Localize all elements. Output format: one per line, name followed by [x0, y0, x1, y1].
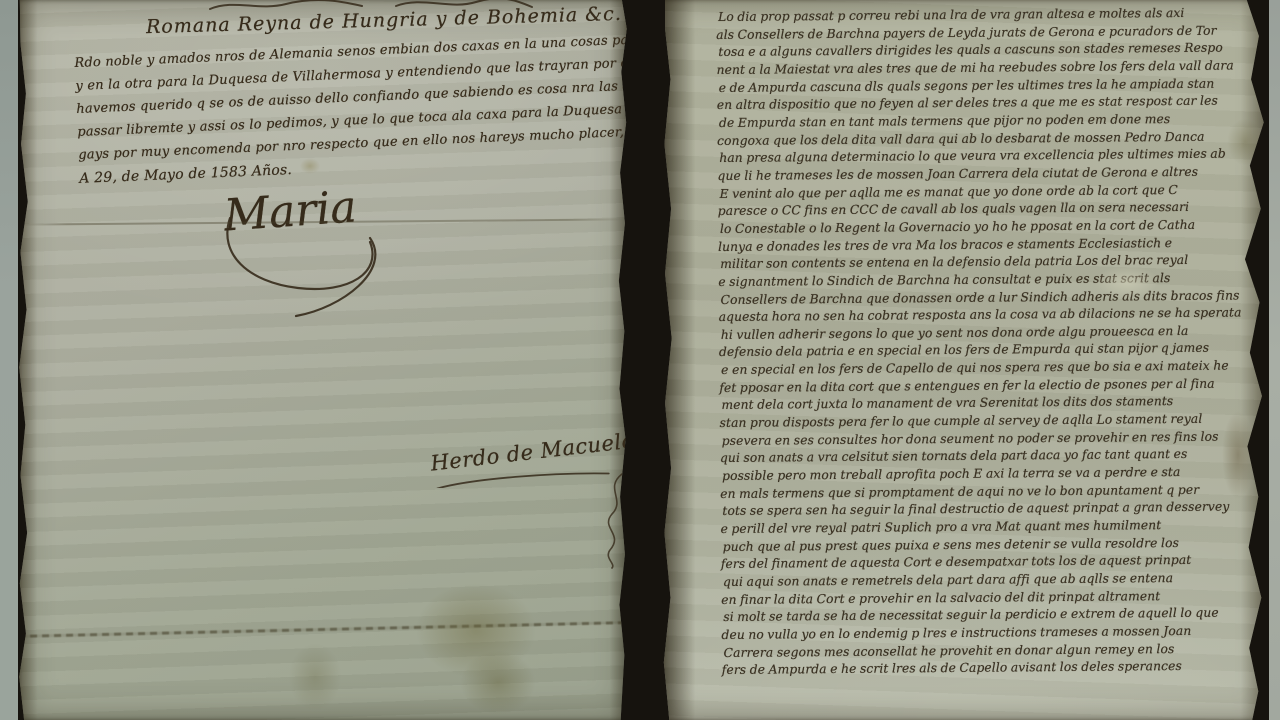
letter-body: Rdo noble y amados nros de Alemania seno…: [74, 26, 700, 191]
paper-stain: [448, 640, 548, 720]
secretary-signature: Herdo de Macuelo: [429, 428, 636, 475]
left-page-letter: Romana Reyna de Hungria y de Bohemia &c.…: [18, 0, 628, 720]
scanner-bed-left-strip: [0, 0, 18, 720]
signature-rubric-flourish: [214, 212, 414, 322]
report-text-line: fers de Ampurda e he scrit lres als de C…: [722, 658, 1245, 680]
pale-smudge: [1087, 262, 1167, 302]
manuscript-scan: Romana Reyna de Hungria y de Bohemia &c.…: [0, 0, 1280, 720]
paper-stain: [300, 158, 320, 174]
paper-stain: [280, 632, 350, 720]
page-edge-doodle: [596, 470, 630, 570]
right-page-letter: Lo dia prop passat p correu rebi una lra…: [662, 0, 1268, 720]
scanner-bed-right-strip: [1269, 0, 1280, 720]
edge-stain: [1222, 112, 1268, 172]
secretary-signature-underline: [433, 472, 613, 488]
edge-stain: [1218, 400, 1258, 510]
report-text-block: Lo dia prop passat p correu rebi una lra…: [716, 4, 1245, 679]
